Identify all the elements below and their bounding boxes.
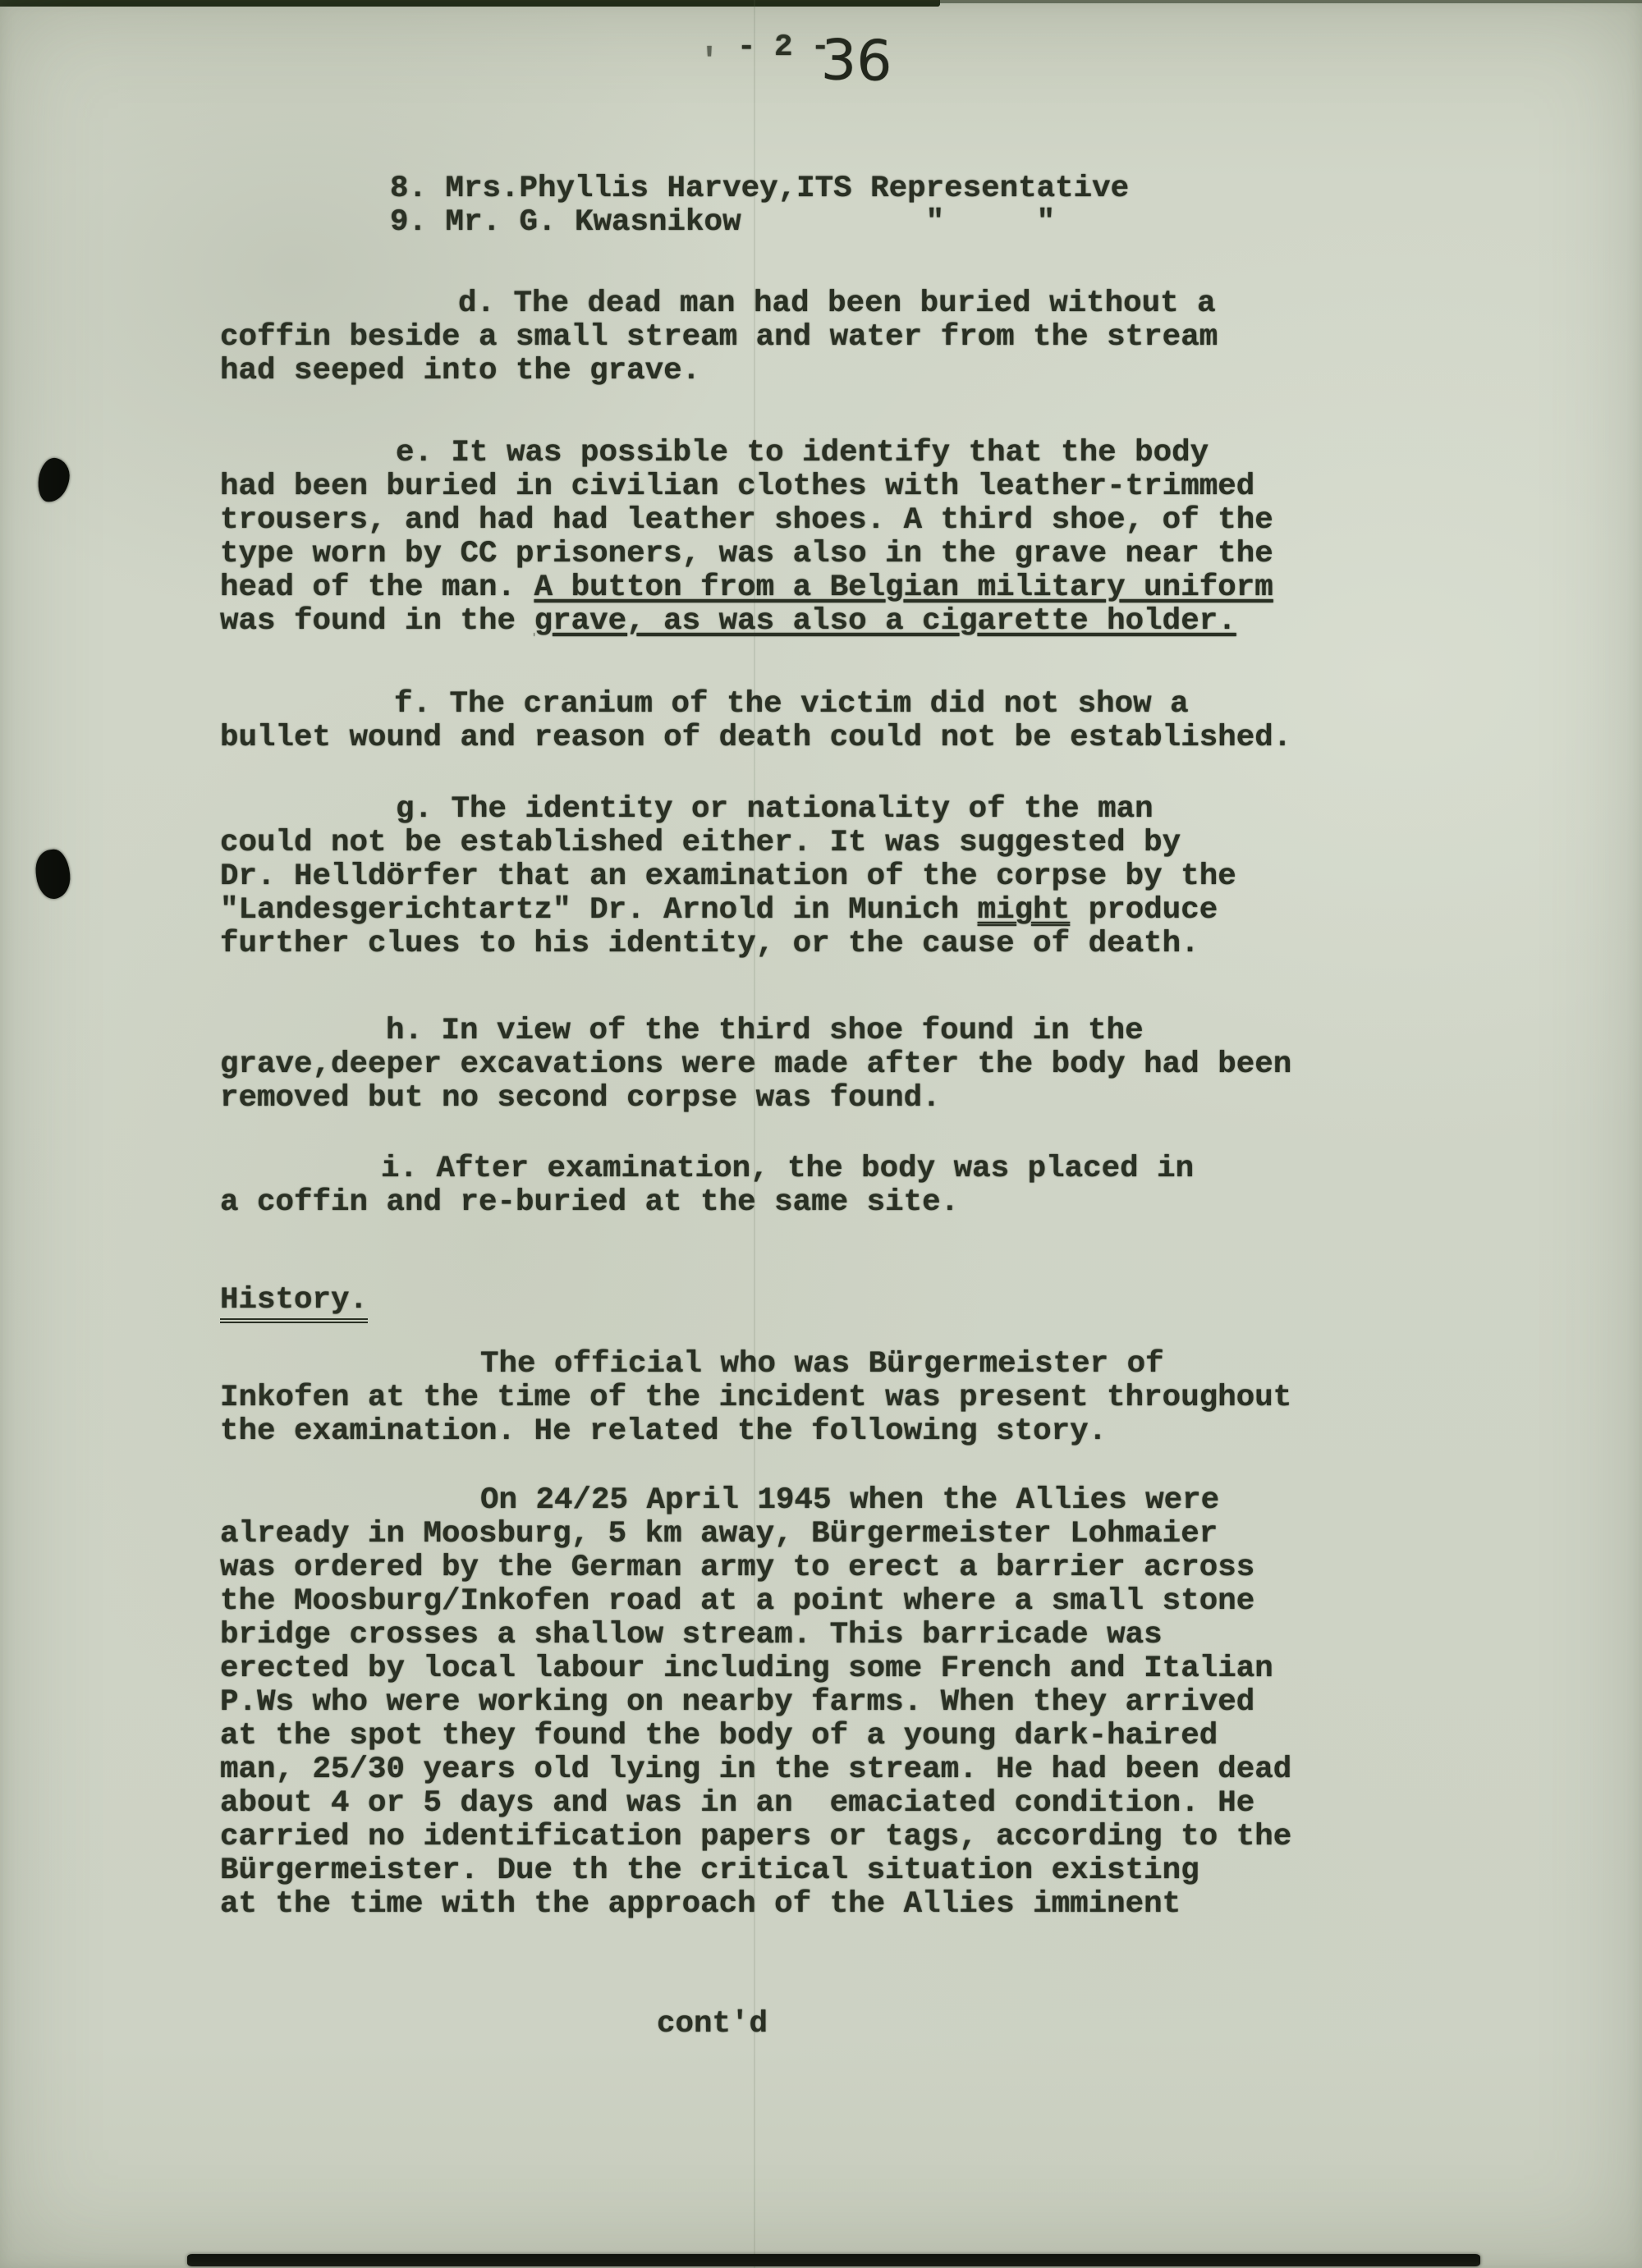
paragraph-f: f. The cranium of the victim did not sho… (220, 688, 1312, 755)
document-page: - 2 - ' 36 8. Mrs.Phyllis Harvey,ITS Rep… (0, 0, 1642, 2268)
bottom-edge-shadow (187, 2254, 1480, 2266)
continuation-note: cont'd (657, 2008, 768, 2041)
paragraph-e: e. It was possible to identify that the … (220, 437, 1312, 639)
paragraph-i: i. After examination, the body was place… (220, 1152, 1312, 1220)
history-heading-text: History. (220, 1283, 368, 1323)
folio-number-handwritten: 36 (820, 32, 892, 90)
history-section-heading: History. (220, 1284, 1312, 1317)
attendee-list: 8. Mrs.Phyllis Harvey,ITS Representative… (390, 172, 1375, 240)
underlined-phrase-cigarette-holder: grave, as was also a cigarette holder. (534, 604, 1236, 639)
top-edge-shadow-right (940, 0, 1642, 3)
top-edge-shadow-left (0, 0, 940, 7)
underlined-phrase-belgian-uniform: A button from a Belgian military uniform (534, 570, 1273, 605)
underlined-word-might: might (978, 893, 1071, 928)
stray-pen-mark: ' (699, 45, 734, 79)
paragraph-d: d. The dead man had been buried without … (220, 287, 1312, 388)
history-paragraph-2: On 24/25 April 1945 when the Allies were… (220, 1484, 1312, 1922)
ink-blot-left-lower (34, 848, 72, 900)
ink-blot-left-upper (35, 456, 71, 505)
paragraph-e-text-mid: was found in the (220, 604, 534, 639)
paragraph-g: g. The identity or nationality of the ma… (220, 793, 1312, 961)
page-number: - 2 - (737, 31, 830, 65)
history-paragraph-1: The official who was Bürgermeister of In… (220, 1348, 1312, 1449)
paragraph-h: h. In view of the third shoe found in th… (220, 1015, 1312, 1116)
